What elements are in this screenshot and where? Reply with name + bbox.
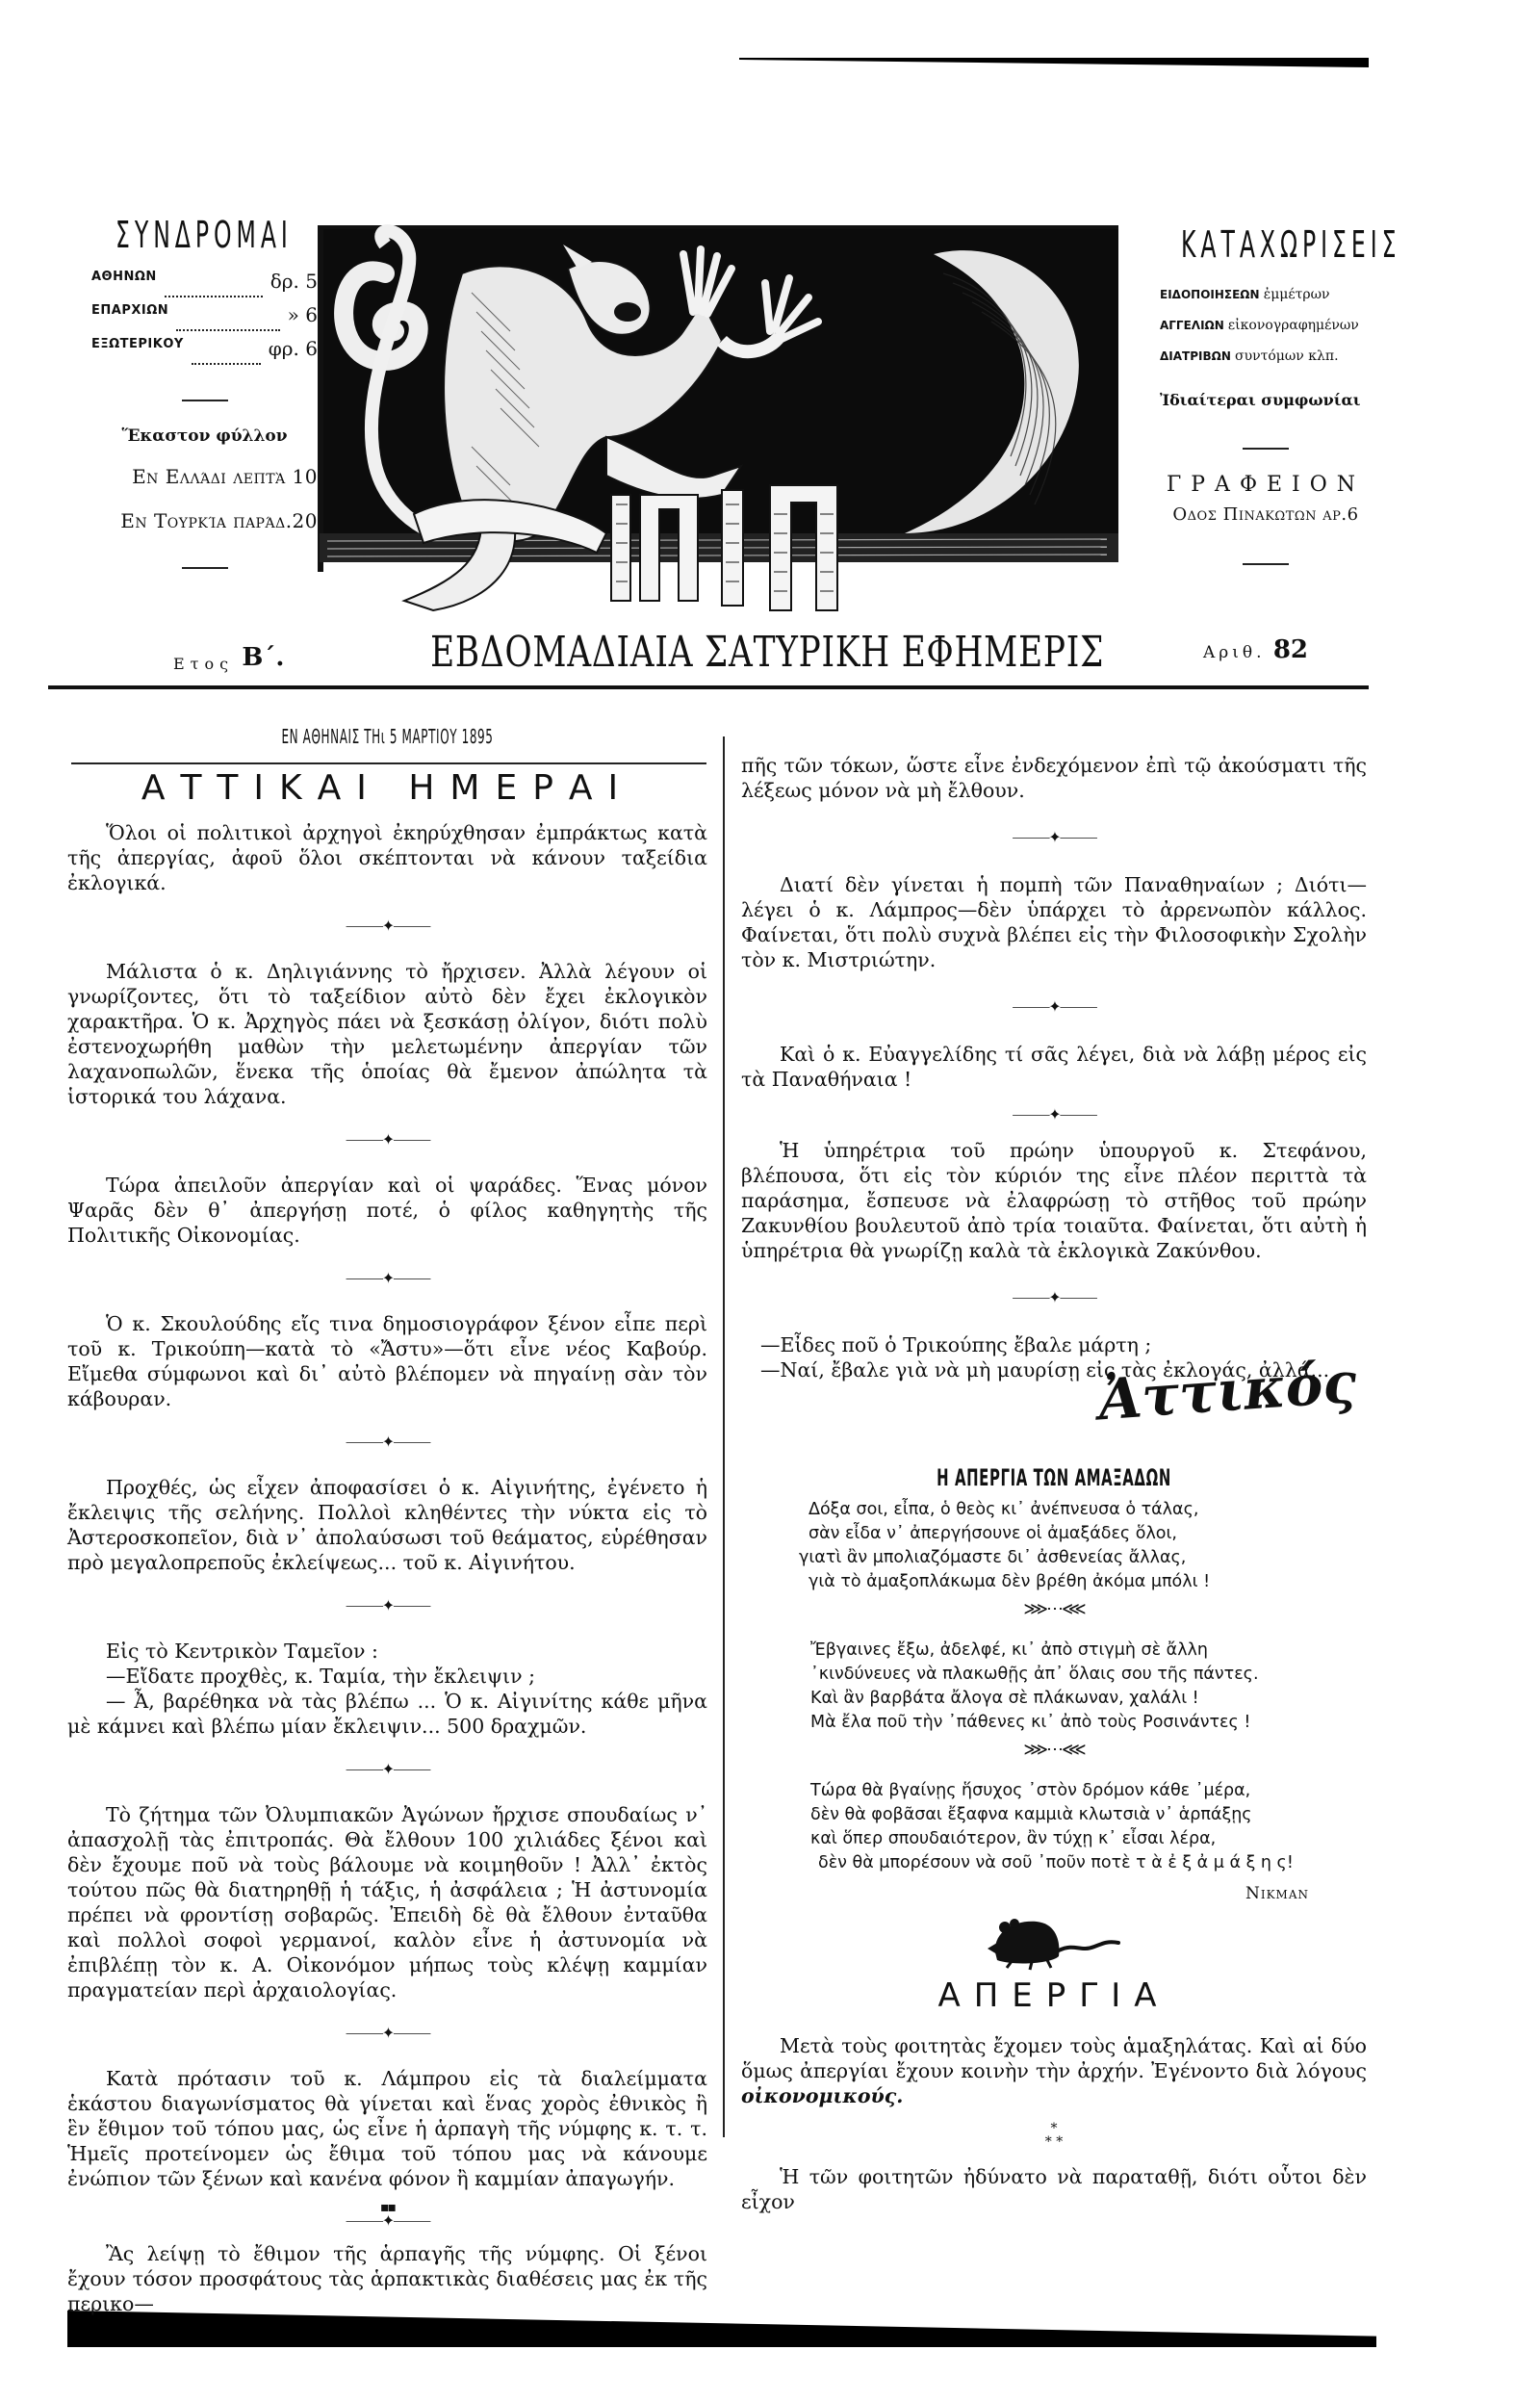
right-column: πῆς τῶν τόκων, ὥστε εἶνε ἐνδεχόμενον ἐπὶ… xyxy=(741,753,1367,2214)
poem-line: Δόξα σοι, εἶπα, ὁ θεὸς κι᾽ ἀνέπνευσα ὁ τ… xyxy=(808,1498,1367,1522)
office-address: Οδος Πινακωτων αρ.6 xyxy=(1160,504,1372,525)
subscription-value: φρ. 6 xyxy=(269,337,318,371)
signature-attikos: Ἀττικός xyxy=(1098,1370,1358,1413)
divider xyxy=(1243,563,1289,565)
poem-line: γιατὶ ἂν μπολιαζόμαστε δι᾽ ἀσθενείας ἄλλ… xyxy=(799,1546,1367,1570)
poem-line: Μὰ ἔλα ποῦ τὴν ᾽πάθενες κι᾽ ἀπὸ τοὺς Ροσ… xyxy=(810,1711,1367,1735)
ornament-leaf-separator-icon: ⋙⋯⋘ xyxy=(741,1741,1367,1760)
ad-line-bold: ΕΙΔΟΠΟΙΗΣΕΩΝ xyxy=(1160,288,1260,301)
dialogue-line: —Εἴδατε προχθὲς, κ. Ταμία, τὴν ἔκλειψιν … xyxy=(67,1664,707,1689)
dialogue-line: —Εἶδες ποῦ ὁ Τρικούπης ἔβαλε μάρτη ; xyxy=(741,1332,1367,1357)
divider xyxy=(182,400,228,401)
ornament-separator-icon: ⸻✦⸻ xyxy=(741,1288,1367,1307)
newspaper-subtitle: ΕΒΔΟΜΑΔΙΑΙΑ ΣΑΤΥΡΙΚΗ ΕΦΗΜΕΡΙΣ xyxy=(167,628,1368,677)
article-paragraph: Προχθές, ὡς εἶχεν ἀποφασίσει ὁ κ. Αἰγινή… xyxy=(67,1475,707,1575)
article-paragraph: Κατὰ πρότασιν τοῦ κ. Λάμπρου εἰς τὰ διαλ… xyxy=(67,2066,707,2191)
ornament-icon: ⸻✦⸻ xyxy=(67,2214,707,2228)
subscriptions-title: ΣΥΝΔΡΟΜΑΙ xyxy=(115,214,241,256)
asterism-icon: * * * xyxy=(741,2122,1367,2149)
poem-line: Καὶ ἂν βαρβάτα ἄλογα σὲ πλάκωναν, χαλάλι… xyxy=(810,1687,1367,1711)
dateline-rule xyxy=(71,762,706,764)
leader-dots xyxy=(176,303,280,331)
ad-line-text: ἐμμέτρων xyxy=(1264,287,1330,302)
article-paragraph: Ὅλοι οἱ πολιτικοὶ ἀρχηγοὶ ἐκηρύχθησαν ἐμ… xyxy=(67,820,707,895)
ornament-separator-icon: ⸻✦⸻ xyxy=(67,1130,707,1149)
leader-dots xyxy=(165,270,263,297)
ornament-separator-icon: ⸻✦⸻ xyxy=(741,997,1367,1017)
ornament-separator-icon: ⸻✦⸻ xyxy=(741,828,1367,847)
ad-line: ΕΙΔΟΠΟΙΗΣΕΩΝ ἐμμέτρων xyxy=(1160,287,1372,302)
office-title: ΓΡΑΦΕΙΟΝ xyxy=(1160,473,1372,497)
subscriptions-box: ΣΥΝΔΡΟΜΑΙ ΑΘΗΝΩΝ δρ. 5 ΕΠΑΡΧΙΩΝ » 6 ΕΞΩΤ… xyxy=(91,214,318,569)
special-agreements: Ἰδιαίτεραι συμφωνίαι xyxy=(1160,391,1372,409)
poem-line: δὲν θὰ φοβᾶσαι ἔξαφνα καμμιὰ κλωτσιὰ ν᾽ … xyxy=(810,1803,1367,1827)
dialogue-line: — Ἆ, βαρέθηκα νὰ τὰς βλέπω ... Ὁ κ. Αἰγι… xyxy=(67,1689,707,1739)
article-paragraph: Ἡ ὑπηρέτρια τοῦ πρώην ὑπουργοῦ κ. Στεφάν… xyxy=(741,1138,1367,1263)
title-text: ΣΚΡΙΠ xyxy=(731,216,735,217)
divider xyxy=(182,567,228,569)
article-paragraph: Τὸ ζήτημα τῶν Ὀλυμπιακῶν Ἀγώνων ἤρχισε σ… xyxy=(67,1802,707,2002)
ornament-separator-icon: ⸻✦⸻ xyxy=(67,1596,707,1615)
article-paragraph: Ἡ τῶν φοιτητῶν ἠδύνατο νὰ παραταθῇ, διότ… xyxy=(741,2164,1367,2214)
ornament-separator-icon: ⸻✦⸻ xyxy=(67,1269,707,1288)
paragraph-text: Μετὰ τοὺς φοιτητὰς ἔχομεν τοὺς ἁμαξηλάτα… xyxy=(741,2034,1367,2082)
star-icon: * * xyxy=(741,2135,1367,2149)
price-greece: Εν Ελλάδι λεπτὰ 10 xyxy=(91,465,318,488)
article-paragraph: Μετὰ τοὺς φοιτητὰς ἔχομεν τοὺς ἁμαξηλάτα… xyxy=(741,2033,1367,2108)
article-paragraph: Διατί δὲν γίνεται ἡ πομπὴ τῶν Παναθηναίω… xyxy=(741,872,1367,972)
masthead-illustration: ΣΚΡΙΠ xyxy=(318,216,1155,620)
poem-line: δὲν θὰ μπορέσουν νὰ σοῦ ᾽ποῦν ποτὲ τ ὰ ἐ… xyxy=(818,1851,1367,1875)
section-title-attikai-imerai: ΑΤΤΙΚΑΙ ΗΜΕΡΑΙ xyxy=(67,776,707,818)
rat-vignette xyxy=(741,1914,1367,1972)
ornament-double-separator-icon: ▪▪ ⸻✦⸻ xyxy=(67,2201,707,2228)
poem-author: Νικμαν xyxy=(741,1881,1309,1906)
subscription-value: δρ. 5 xyxy=(270,270,318,303)
ornament-separator-icon: ⸻✦⸻ xyxy=(741,1105,1367,1124)
poem-line: γιὰ τὸ ἀμαξοπλάκωμα δὲν βρέθη ἀκόμα μπόλ… xyxy=(808,1570,1367,1594)
issue-number: 82 xyxy=(1273,635,1308,664)
dialogue-line: Εἰς τὸ Κεντρικὸν Ταμεῖον : xyxy=(67,1639,707,1664)
ad-line-bold: ΔΙΑΤΡΙΒΩΝ xyxy=(1160,349,1231,363)
leader-dots xyxy=(192,337,261,365)
subscription-label: ΑΘΗΝΩΝ xyxy=(91,270,157,303)
star-icon: * xyxy=(741,2122,1367,2135)
devil-title-illustration-icon: ΣΚΡΙΠ xyxy=(318,216,1155,620)
poem-line: ᾽κινδύνευες νὰ πλακωθῇς ἀπ᾽ ὅλαις σου τῆ… xyxy=(810,1663,1367,1687)
rat-icon xyxy=(984,1914,1138,1972)
section-title-apergia: ΑΠΕΡΓΙΑ xyxy=(741,1983,1367,2029)
ad-line-bold: ΑΓΓΕΛΙΩΝ xyxy=(1160,319,1224,332)
poem-line: καὶ ὅπερ σπουδαιότερον, ἂν τύχῃ κ᾽ εἶσαι… xyxy=(810,1827,1367,1851)
poem-line: Ἔβγαινες ἔξω, ἀδελφέ, κι᾽ ἀπὸ στιγμὴ σὲ … xyxy=(810,1639,1367,1663)
issue-label: Αριθ. xyxy=(1203,643,1266,662)
subscription-value: » 6 xyxy=(288,303,318,337)
advertising-title: ΚΑΤΑΧΩΡΙΣΕΙΣ xyxy=(1181,223,1299,266)
ornament-separator-icon: ⸻✦⸻ xyxy=(67,1760,707,1779)
article-paragraph: Καὶ ὁ κ. Εὐαγγελίδης τί σᾶς λέγει, διὰ ν… xyxy=(741,1042,1367,1092)
emphasis-text: οἰκονομικούς. xyxy=(741,2084,903,2107)
ad-line: ΔΙΑΤΡΙΒΩΝ συντόμων κλπ. xyxy=(1160,349,1372,364)
poem-title: Η ΑΠΕΡΓΙΑ ΤΩΝ ΑΜΑΞΑΔΩΝ xyxy=(860,1465,1248,1490)
price-turkey: Εν Τουρκία παράδ.20 xyxy=(91,509,318,532)
article-paragraph: Μάλιστα ὁ κ. Δηλιγιάννης τὸ ἤρχισεν. Ἀλλ… xyxy=(67,959,707,1109)
subscription-row-abroad: ΕΞΩΤΕΡΙΚΟΥ φρ. 6 xyxy=(91,337,318,371)
article-paragraph: Τώρα ἀπειλοῦν ἀπεργίαν καὶ οἱ ψαράδες. Ἕ… xyxy=(67,1173,707,1248)
single-issue-label: Ἕκαστον φύλλον xyxy=(91,426,318,446)
issue-number-label: Αριθ. 82 xyxy=(1203,635,1308,664)
left-column: ΕΝ ΑΘΗΝΑΙΣ ΤΗι 5 ΜΑΡΤΙΟΥ 1895 ΑΤΤΙΚΑΙ ΗΜ… xyxy=(67,724,707,2316)
subscription-row-athens: ΑΘΗΝΩΝ δρ. 5 xyxy=(91,270,318,303)
subscription-label: ΕΠΑΡΧΙΩΝ xyxy=(91,303,168,337)
ornament-leaf-separator-icon: ⋙⋯⋘ xyxy=(741,1600,1367,1619)
poem-line: Τώρα θὰ βγαίνῃς ἥσυχος ᾽στὸν δρόμον κάθε… xyxy=(810,1779,1367,1803)
ad-line-text: εἰκονογραφημένων xyxy=(1228,318,1359,333)
advertising-box: ΚΑΤΑΧΩΡΙΣΕΙΣ ΕΙΔΟΠΟΙΗΣΕΩΝ ἐμμέτρων ΑΓΓΕΛ… xyxy=(1160,223,1372,565)
column-divider xyxy=(723,736,725,2137)
ad-line-text: συντόμων κλπ. xyxy=(1235,349,1339,364)
ornament-separator-icon: ⸻✦⸻ xyxy=(67,917,707,936)
masthead-rule xyxy=(48,685,1369,689)
signature-block: Ἀττικός xyxy=(741,1382,1367,1450)
continued-paragraph: πῆς τῶν τόκων, ὥστε εἶνε ἐνδεχόμενον ἐπὶ… xyxy=(741,753,1367,803)
ornament-separator-icon: ⸻✦⸻ xyxy=(67,2024,707,2043)
subscription-row-provinces: ΕΠΑΡΧΙΩΝ » 6 xyxy=(91,303,318,337)
top-border-bar xyxy=(739,58,1369,67)
article-paragraph: Ὁ κ. Σκουλούδης εἴς τινα δημοσιογράφον ξ… xyxy=(67,1311,707,1411)
poem-line: σὰν εἶδα ν᾽ ἀπεργήσουνε οἱ ἀμαξάδες ὅλοι… xyxy=(808,1522,1367,1546)
article-paragraph: Ἂς λείψῃ τὸ ἔθιμον τῆς ἁρπαγῆς τῆς νύμφη… xyxy=(67,2241,707,2316)
poem-stanza: Δόξα σοι, εἶπα, ὁ θεὸς κι᾽ ἀνέπνευσα ὁ τ… xyxy=(808,1498,1367,1594)
poem-stanza: Τώρα θὰ βγαίνῃς ἥσυχος ᾽στὸν δρόμον κάθε… xyxy=(810,1779,1367,1875)
ad-line: ΑΓΓΕΛΙΩΝ εἰκονογραφημένων xyxy=(1160,318,1372,333)
divider xyxy=(1243,448,1289,450)
ornament-separator-icon: ⸻✦⸻ xyxy=(67,1433,707,1452)
poem-stanza: Ἔβγαινες ἔξω, ἀδελφέ, κι᾽ ἀπὸ στιγμὴ σὲ … xyxy=(810,1639,1367,1735)
dateline: ΕΝ ΑΘΗΝΑΙΣ ΤΗι 5 ΜΑΡΤΙΟΥ 1895 xyxy=(195,724,579,753)
subscription-label: ΕΞΩΤΕΡΙΚΟΥ xyxy=(91,337,184,371)
